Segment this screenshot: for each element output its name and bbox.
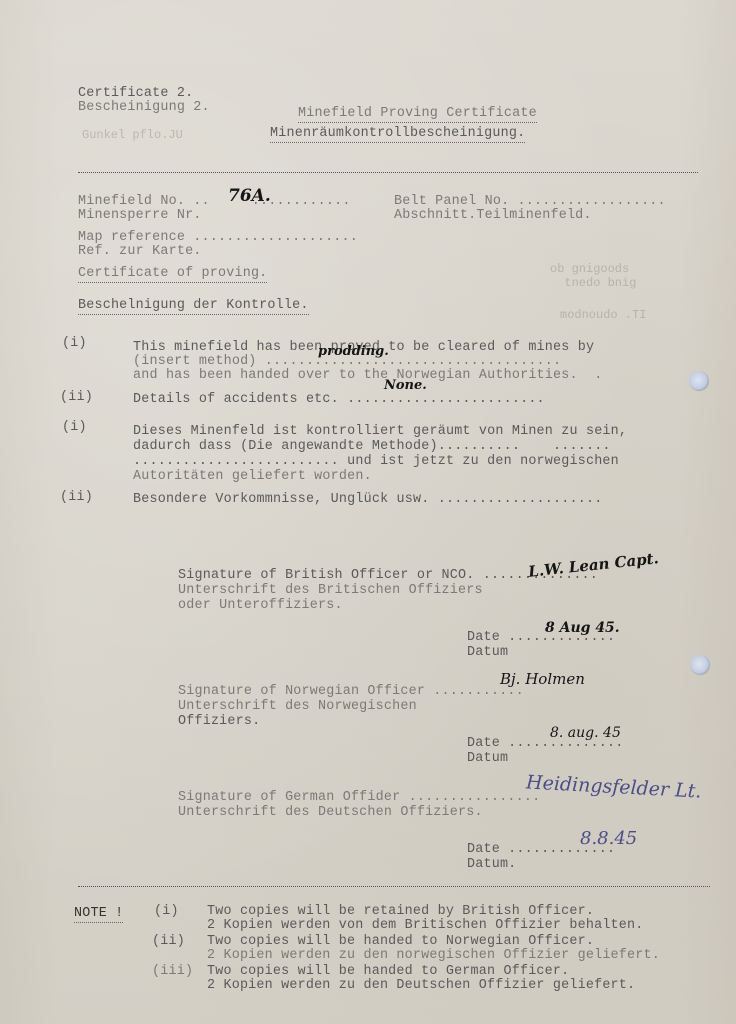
note-label: NOTE ! xyxy=(74,906,123,923)
german-date-value: 8.8.45 xyxy=(580,828,637,849)
map-reference-label-de: Ref. zur Karte. xyxy=(78,244,202,259)
document-page: Gunkel pflo.JU ob gnigoods tnedo bnig mo… xyxy=(0,0,736,1024)
item-number: (i) xyxy=(62,420,87,435)
norwegian-officer-signature: Bj. Holmen xyxy=(500,670,585,688)
certificate-number-en: Certificate 2. xyxy=(78,86,193,101)
norwegian-signature-label: Unterschrift des Norwegischen xyxy=(178,699,417,714)
british-date-value: 8 Aug 45. xyxy=(545,620,620,636)
note-number: (ii) xyxy=(152,934,185,949)
accidents-handwritten-value: None. xyxy=(384,378,427,393)
note-text-de: 2 Kopien werden zu den Deutschen Offizie… xyxy=(207,978,635,993)
header-divider xyxy=(78,172,698,173)
minefield-label-de: Minensperre Nr. xyxy=(78,208,202,223)
note-text-de: 2 Kopien werden zu den norwegischen Offi… xyxy=(207,948,660,963)
proving-heading-de: Beschelnigung der Kontrolle. xyxy=(78,298,309,315)
datum-label: Datum xyxy=(467,751,508,766)
belt-panel-label-en: Belt Panel No. .................. xyxy=(394,194,666,209)
german-item-line: Autoritäten geliefert worden. xyxy=(133,469,372,484)
note-number: (i) xyxy=(154,904,179,919)
norwegian-date-value: 8. aug. 45 xyxy=(550,725,621,741)
british-signature-label: Unterschrift des Britischen Offiziers xyxy=(178,583,483,598)
german-item-line: Besondere Vorkommnisse, Unglück usw. ...… xyxy=(133,492,602,507)
english-item-line: and has been handed over to the Norwegia… xyxy=(133,368,602,383)
german-item-line: Dieses Minenfeld ist kontrolliert geräum… xyxy=(133,424,627,439)
norwegian-signature-label: Offiziers. xyxy=(178,714,260,729)
norwegian-signature-label: Signature of Norwegian Officer .........… xyxy=(178,684,524,699)
notes-divider xyxy=(78,886,710,887)
minefield-number-value: 76A. xyxy=(228,186,271,206)
certificate-number-de: Bescheinigung 2. xyxy=(78,100,210,115)
proving-heading-en: Certificate of proving. xyxy=(78,266,267,283)
item-number: (i) xyxy=(62,336,87,351)
german-item-line: dadurch dass (Die angewandte Methode)...… xyxy=(133,439,611,454)
item-number: (ii) xyxy=(60,490,93,505)
show-through-text: modnoudo .TI xyxy=(560,308,646,322)
german-item-line: ......................... und ist jetzt … xyxy=(133,454,619,469)
datum-label: Datum xyxy=(467,645,508,660)
note-text-en: Two copies will be retained by British O… xyxy=(207,904,594,919)
punch-hole xyxy=(690,655,710,675)
note-text-de: 2 Kopien werden von dem Britischen Offiz… xyxy=(207,918,644,933)
paper-texture xyxy=(0,0,736,1024)
british-signature-label: oder Unteroffiziers. xyxy=(178,598,343,613)
item-number: (ii) xyxy=(60,390,93,405)
english-item-line: Details of accidents etc. ..............… xyxy=(133,392,545,407)
show-through-text: Gunkel pflo.JU xyxy=(82,128,183,142)
german-officer-signature: Heidingsfelder Lt. xyxy=(526,771,702,802)
show-through-text: ob gnigoods tnedo bnig xyxy=(550,262,636,290)
german-signature-label: Signature of German Offider ............… xyxy=(178,790,540,805)
note-text-en: Two copies will be handed to German Offi… xyxy=(207,964,569,979)
note-text-en: Two copies will be handed to Norwegian O… xyxy=(207,934,594,949)
belt-panel-label-de: Abschnitt.Teilminenfeld. xyxy=(394,208,592,223)
punch-hole xyxy=(689,371,709,391)
map-reference-label-en: Map reference .................... xyxy=(78,230,358,245)
document-title-de: Minenräumkontrollbescheinigung. xyxy=(270,126,525,143)
german-signature-label: Unterschrift des Deutschen Offiziers. xyxy=(178,805,483,820)
minefield-label-en: Minefield No. .............. xyxy=(78,194,351,209)
method-handwritten-value: prodding. xyxy=(318,344,389,359)
datum-label: Datum. xyxy=(467,857,516,872)
note-number: (iii) xyxy=(152,964,193,979)
document-title-en: Minefield Proving Certificate xyxy=(298,106,537,123)
